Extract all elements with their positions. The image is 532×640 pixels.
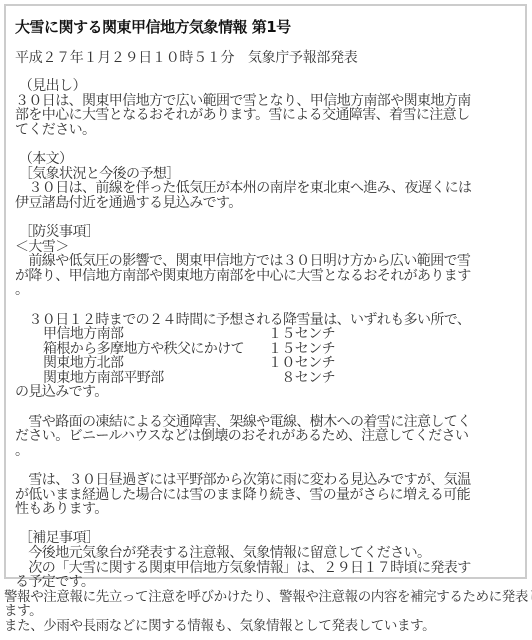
spacer [15,458,520,473]
supplementary-line: 今後地元気象台が発表する注意報、気象情報に留意してください。 [15,546,520,561]
headline-line: ３０日は、関東甲信地方で広い範囲で雪となり、甲信地方南部や関東地方南 [15,94,520,109]
situation-label: ［気象状況と今後の予想］ [15,167,520,182]
snowfall-area: 関東地方南部平野部 [15,371,265,386]
situation-line: 伊豆諸島付近を通過する見込みです。 [15,196,520,211]
outlook-line: 性もあります。 [15,502,520,517]
snowfall-amount: ８センチ [265,371,335,386]
snowfall-area: 甲信地方南部 [15,327,265,342]
headline-line: てください。 [15,123,520,138]
footer-line: 警報や注意報に先立って注意を呼びかけたり、警報や注意報の内容を補完するために発表… [4,590,528,604]
heavy-snow-line: が降り、甲信地方南部や関東地方南部を中心に大雪となるおそれがあります [15,269,520,284]
forecast-outro: の見込みです。 [15,385,520,400]
supplementary-line: 次の「大雪に関する関東甲信地方気象情報」は、２９日１７時頃に発表す [15,561,520,576]
headline-line: 部を中心に大雪となるおそれがあります。雪による交通障害、着雪に注意し [15,108,520,123]
caution-line: ださい。ビニールハウスなどは倒壊のおそれがあるため、注意してください [15,429,520,444]
supplementary-line: る予定です。 [15,575,520,590]
supplementary-label: ［補足事項］ [15,531,520,546]
footer-description: 警報や注意報に先立って注意を呼びかけたり、警報や注意報の内容を補完するために発表… [4,590,528,633]
heavy-snow-line: 。 [15,283,520,298]
bulletin-body: （見出し） ３０日は、関東甲信地方で広い範囲で雪となり、甲信地方南部や関東地方南… [15,79,520,590]
snowfall-forecast-table: 甲信地方南部 １５センチ 箱根から多摩地方や秩父にかけて １５センチ 関東地方北… [15,327,520,385]
bulletin-title: 大雪に関する関東甲信地方気象情報 第1号 [15,16,291,37]
spacer [15,400,520,415]
caution-line: 。 [15,444,520,459]
forecast-intro: ３０日１２時までの２４時間に予想される降雪量は、いずれも多い所で、 [15,313,520,328]
main-text-label: （本文） [15,152,520,167]
snowfall-row: 甲信地方南部 １５センチ [15,327,520,342]
snowfall-amount: １５センチ [265,342,335,357]
disaster-prevention-label: ［防災事項］ [15,225,520,240]
snowfall-row: 関東地方北部 １０センチ [15,356,520,371]
spacer [15,298,520,313]
snowfall-amount: １５センチ [265,327,335,342]
issued-datetime: 平成２７年１月２９日１０時５１分 気象庁予報部発表 [15,47,358,67]
footer-line: また、少雨や長雨などに関する情報も、気象情報として発表しています。 [4,619,528,633]
snowfall-area: 関東地方北部 [15,356,265,371]
outlook-line: 雪は、３０日昼過ぎには平野部から次第に雨に変わる見込みですが、気温 [15,473,520,488]
snowfall-amount: １０センチ [265,356,335,371]
spacer [15,210,520,225]
snowfall-row: 関東地方南部平野部 ８センチ [15,371,520,386]
headline-label: （見出し） [15,79,520,94]
spacer [15,137,520,152]
heavy-snow-label: ＜大雪＞ [15,240,520,255]
weather-bulletin-box: 大雪に関する関東甲信地方気象情報 第1号 平成２７年１月２９日１０時５１分 気象… [4,4,527,579]
situation-line: ３０日は、前線を伴った低気圧が本州の南岸を東北東へ進み、夜遅くには [15,181,520,196]
heavy-snow-line: 前線や低気圧の影響で、関東甲信地方では３０日明け方から広い範囲で雪 [15,254,520,269]
footer-line: ます。 [4,604,528,618]
